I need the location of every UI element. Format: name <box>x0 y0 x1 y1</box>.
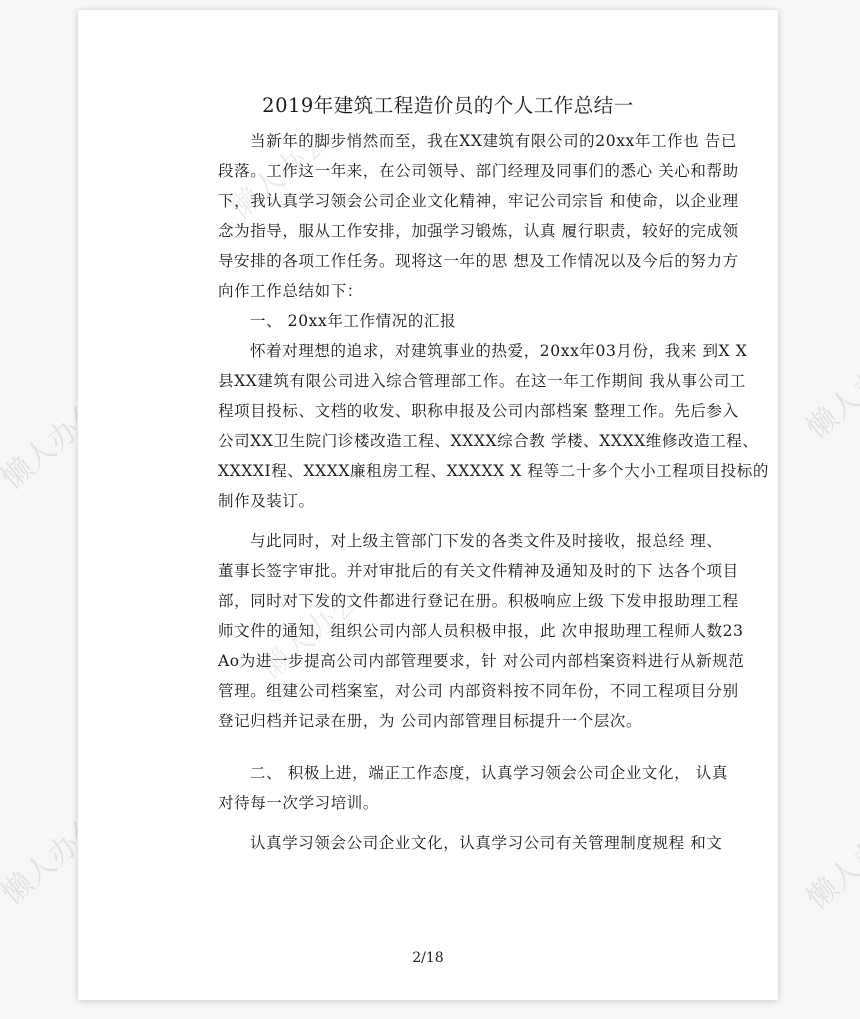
document-body: 2019年建筑工程造价员的个人工作总结一 当新年的脚步悄然而至，我在XX建筑有限… <box>218 90 678 858</box>
text-line: 下，我认真学习领会公司企业文化精神，牢记公司宗旨 和使命，以企业理 <box>218 186 678 216</box>
text-line: Ao为进一步提高公司内部管理要求，针 对公司内部档案资料进行从新规范 <box>218 646 678 676</box>
page-number: 2/18 <box>78 950 778 966</box>
text-line: 登记归档并记录在册，为 公司内部管理目标提升一个层次。 <box>218 706 678 736</box>
text-line: 管理。组建公司档案室，对公司 内部资料按不同年份，不同工程项目分别 <box>218 676 678 706</box>
watermark: 懒人办公 <box>795 337 860 448</box>
text-line: 部，同时对下发的文件都进行登记在册。积极响应上级 下发申报助理工程 <box>218 586 678 616</box>
text-line: 程项目投标、文档的收发、职称申报及公司内部档案 整理工作。先后参入 <box>218 396 678 426</box>
text-line: 向作工作总结如下： <box>218 276 678 306</box>
text-line: 当新年的脚步悄然而至，我在XX建筑有限公司的20xx年工作也 告已 <box>218 126 678 156</box>
text-line: 导安排的各项工作任务。现将这一年的思 想及工作情况以及今后的努力方 <box>218 246 678 276</box>
text-line: 县XX建筑有限公司进入综合管理部工作。在这一年工作期间 我从事公司工 <box>218 366 678 396</box>
document-title: 2019年建筑工程造价员的个人工作总结一 <box>178 90 718 122</box>
text-line: 认真学习领会公司企业文化，认真学习公司有关管理制度规程 和文 <box>218 828 678 858</box>
document-page: 懒人办公 懒人办公 2019年建筑工程造价员的个人工作总结一 当新年的脚步悄然而… <box>78 10 778 1000</box>
text-line: 师文件的通知，组织公司内部人员积极申报，此 次申报助理工程师人数23 <box>218 616 678 646</box>
text-line: 念为指导，服从工作安排，加强学习锻炼，认真 履行职责，较好的完成领 <box>218 216 678 246</box>
text-line: 公司XX卫生院门诊楼改造工程、XXXX综合教 学楼、XXXX维修改造工程、 <box>218 426 678 456</box>
text-line: 董事长签字审批。并对审批后的有关文件精神及通知及时的下 达各个项目 <box>218 556 678 586</box>
text-line: 段落。工作这一年来，在公司领导、部门经理及同事们的悉心 关心和帮助 <box>218 156 678 186</box>
text-line: 怀着对理想的追求，对建筑事业的热爱，20xx年03月份，我来 到X X <box>218 336 678 366</box>
section-heading: 一、 20xx年工作情况的汇报 <box>218 306 678 336</box>
text-line: 制作及装订。 <box>218 486 678 516</box>
section-heading: 对待每一次学习培训。 <box>218 788 678 818</box>
section-heading: 二、 积极上进，端正工作态度，认真学习领会公司企业文化， 认真 <box>218 758 678 788</box>
text-line: 与此同时，对上级主管部门下发的各类文件及时接收，报总经 理、 <box>218 526 678 556</box>
watermark: 懒人办公 <box>795 807 860 918</box>
text-line: XXXXI程、XXXX廉租房工程、XXXXX X 程等二十多个大小工程项目投标的 <box>218 456 678 486</box>
